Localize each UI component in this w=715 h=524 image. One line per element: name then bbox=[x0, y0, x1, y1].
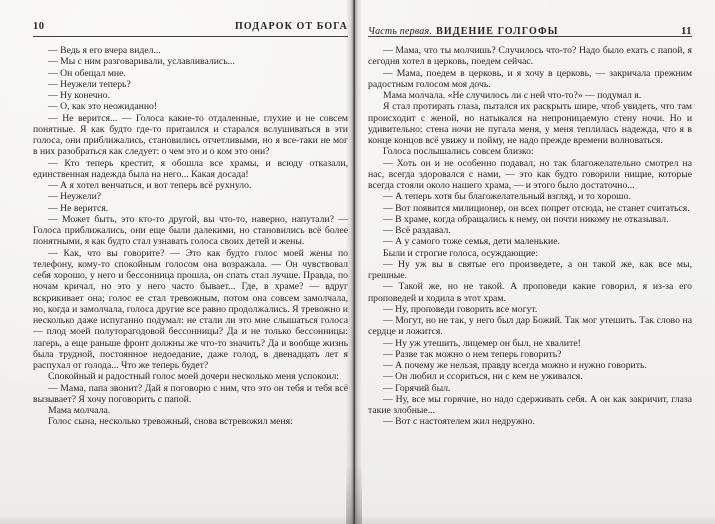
paragraph: — Разве так можно о нем теперь говорить? bbox=[368, 349, 692, 360]
page-right: Часть первая.ВИДЕНИЕ ГОЛГОФЫ 11 — Мама, … bbox=[368, 21, 692, 517]
paragraph: — Всё раздавал. bbox=[368, 225, 692, 236]
book-gutter-shadow bbox=[346, 0, 362, 524]
paragraph: Голос сына, несколько тревожный, снова в… bbox=[33, 416, 348, 427]
paragraph: — Такой же, но не такой. А проповеди как… bbox=[368, 281, 692, 304]
paragraph: — Неужели теперь? bbox=[33, 79, 348, 90]
page-left: 10 ПОДАРОК ОТ БОГА — Ведь я его вчера ви… bbox=[33, 21, 348, 513]
section-label: Часть первая. bbox=[368, 26, 432, 37]
running-head-left: ПОДАРОК ОТ БОГА bbox=[235, 21, 348, 32]
scan-bottom-shadow bbox=[0, 514, 715, 524]
paragraph: — Ну, проповеди говорить все могут. bbox=[368, 304, 692, 315]
paragraph: Мама молчала. bbox=[33, 405, 348, 416]
running-head-right-group: Часть первая.ВИДЕНИЕ ГОЛГОФЫ bbox=[368, 21, 559, 39]
page-number-left: 10 bbox=[33, 21, 45, 32]
paragraph: — Вот с настоятелем жил недружно. bbox=[368, 416, 692, 427]
running-head-right: ВИДЕНИЕ ГОЛГОФЫ bbox=[436, 26, 559, 37]
page-number-right: 11 bbox=[681, 26, 692, 37]
paragraph: — Ну конечно. bbox=[33, 90, 348, 101]
paragraph: — Ну, все мы горячие, но надо сдерживать… bbox=[368, 394, 692, 417]
paragraph: — А у самого тоже семья, дети маленькие. bbox=[368, 236, 692, 247]
paragraph: — А теперь хотя бы благожелательный взгл… bbox=[368, 191, 692, 202]
paragraph: — Вот появится милиционер, он всех попре… bbox=[368, 203, 692, 214]
paragraph: — Кто теперь крестит, я обошла все храмы… bbox=[33, 158, 348, 181]
paragraph: — Может быть, это кто-то другой, вы что-… bbox=[33, 214, 348, 248]
paragraph: — Мама, поедем в церковь, и я хочу в цер… bbox=[368, 68, 692, 91]
paragraph: — Ну уж утешить, лицемер он был, не хвал… bbox=[368, 338, 692, 349]
paragraph: — Горячий был. bbox=[368, 383, 692, 394]
paragraph: — Не верится. bbox=[33, 203, 348, 214]
paragraph: — Не верится... — Голоса какие-то отдале… bbox=[33, 113, 348, 158]
book-scan: 10 ПОДАРОК ОТ БОГА — Ведь я его вчера ви… bbox=[0, 0, 715, 524]
page-body-left: — Ведь я его вчера видел...— Мы с ним ра… bbox=[33, 45, 348, 428]
page-body-right: — Мама, что ты молчишь? Случилось что-то… bbox=[368, 45, 692, 428]
paragraph: — Он обещал мне. bbox=[33, 68, 348, 79]
paragraph: — Мама, что ты молчишь? Случилось что-то… bbox=[368, 45, 692, 68]
paragraph: — А почему же нельзя, правду всегда можн… bbox=[368, 360, 692, 371]
paragraph: — Как, что вы говорите? — Это как будто … bbox=[33, 248, 348, 372]
paragraph: — Мы с ним разговаривали, уславливались.… bbox=[33, 56, 348, 67]
paragraph: — О, как это неожиданно! bbox=[33, 101, 348, 112]
paragraph: — Ну уж вы в святые его произведете, а о… bbox=[368, 259, 692, 282]
paragraph: Мама молчала. «Не случилось ли с ней что… bbox=[368, 90, 692, 101]
paragraph: — Хоть он и не особенно подавал, но так … bbox=[368, 158, 692, 192]
paragraph: — В храме, когда обращались к нему, он п… bbox=[368, 214, 692, 225]
paragraph: Были и строгие голоса, осуждающие: bbox=[368, 248, 692, 259]
page-header-left: 10 ПОДАРОК ОТ БОГА bbox=[33, 21, 348, 37]
paragraph: Я стал протирать глаза, пытался их раскр… bbox=[368, 101, 692, 146]
paragraph: Спокойный и радостный голос моей дочери … bbox=[33, 371, 348, 382]
paragraph: — Могут, но не так, у него был дар Божий… bbox=[368, 315, 692, 338]
paragraph: — А я хотел венчаться, и вот теперь всё … bbox=[33, 180, 348, 191]
paragraph: — Мама, папа звонит? Дай я поговорю с ни… bbox=[33, 383, 348, 406]
page-header-right: Часть первая.ВИДЕНИЕ ГОЛГОФЫ 11 bbox=[368, 21, 692, 37]
paragraph: — Он любил и ссориться, ни с кем не ужив… bbox=[368, 371, 692, 382]
paragraph: Голоса послышались совсем близко: bbox=[368, 146, 692, 157]
paragraph: — Ведь я его вчера видел... bbox=[33, 45, 348, 56]
paragraph: — Неужели? bbox=[33, 191, 348, 202]
